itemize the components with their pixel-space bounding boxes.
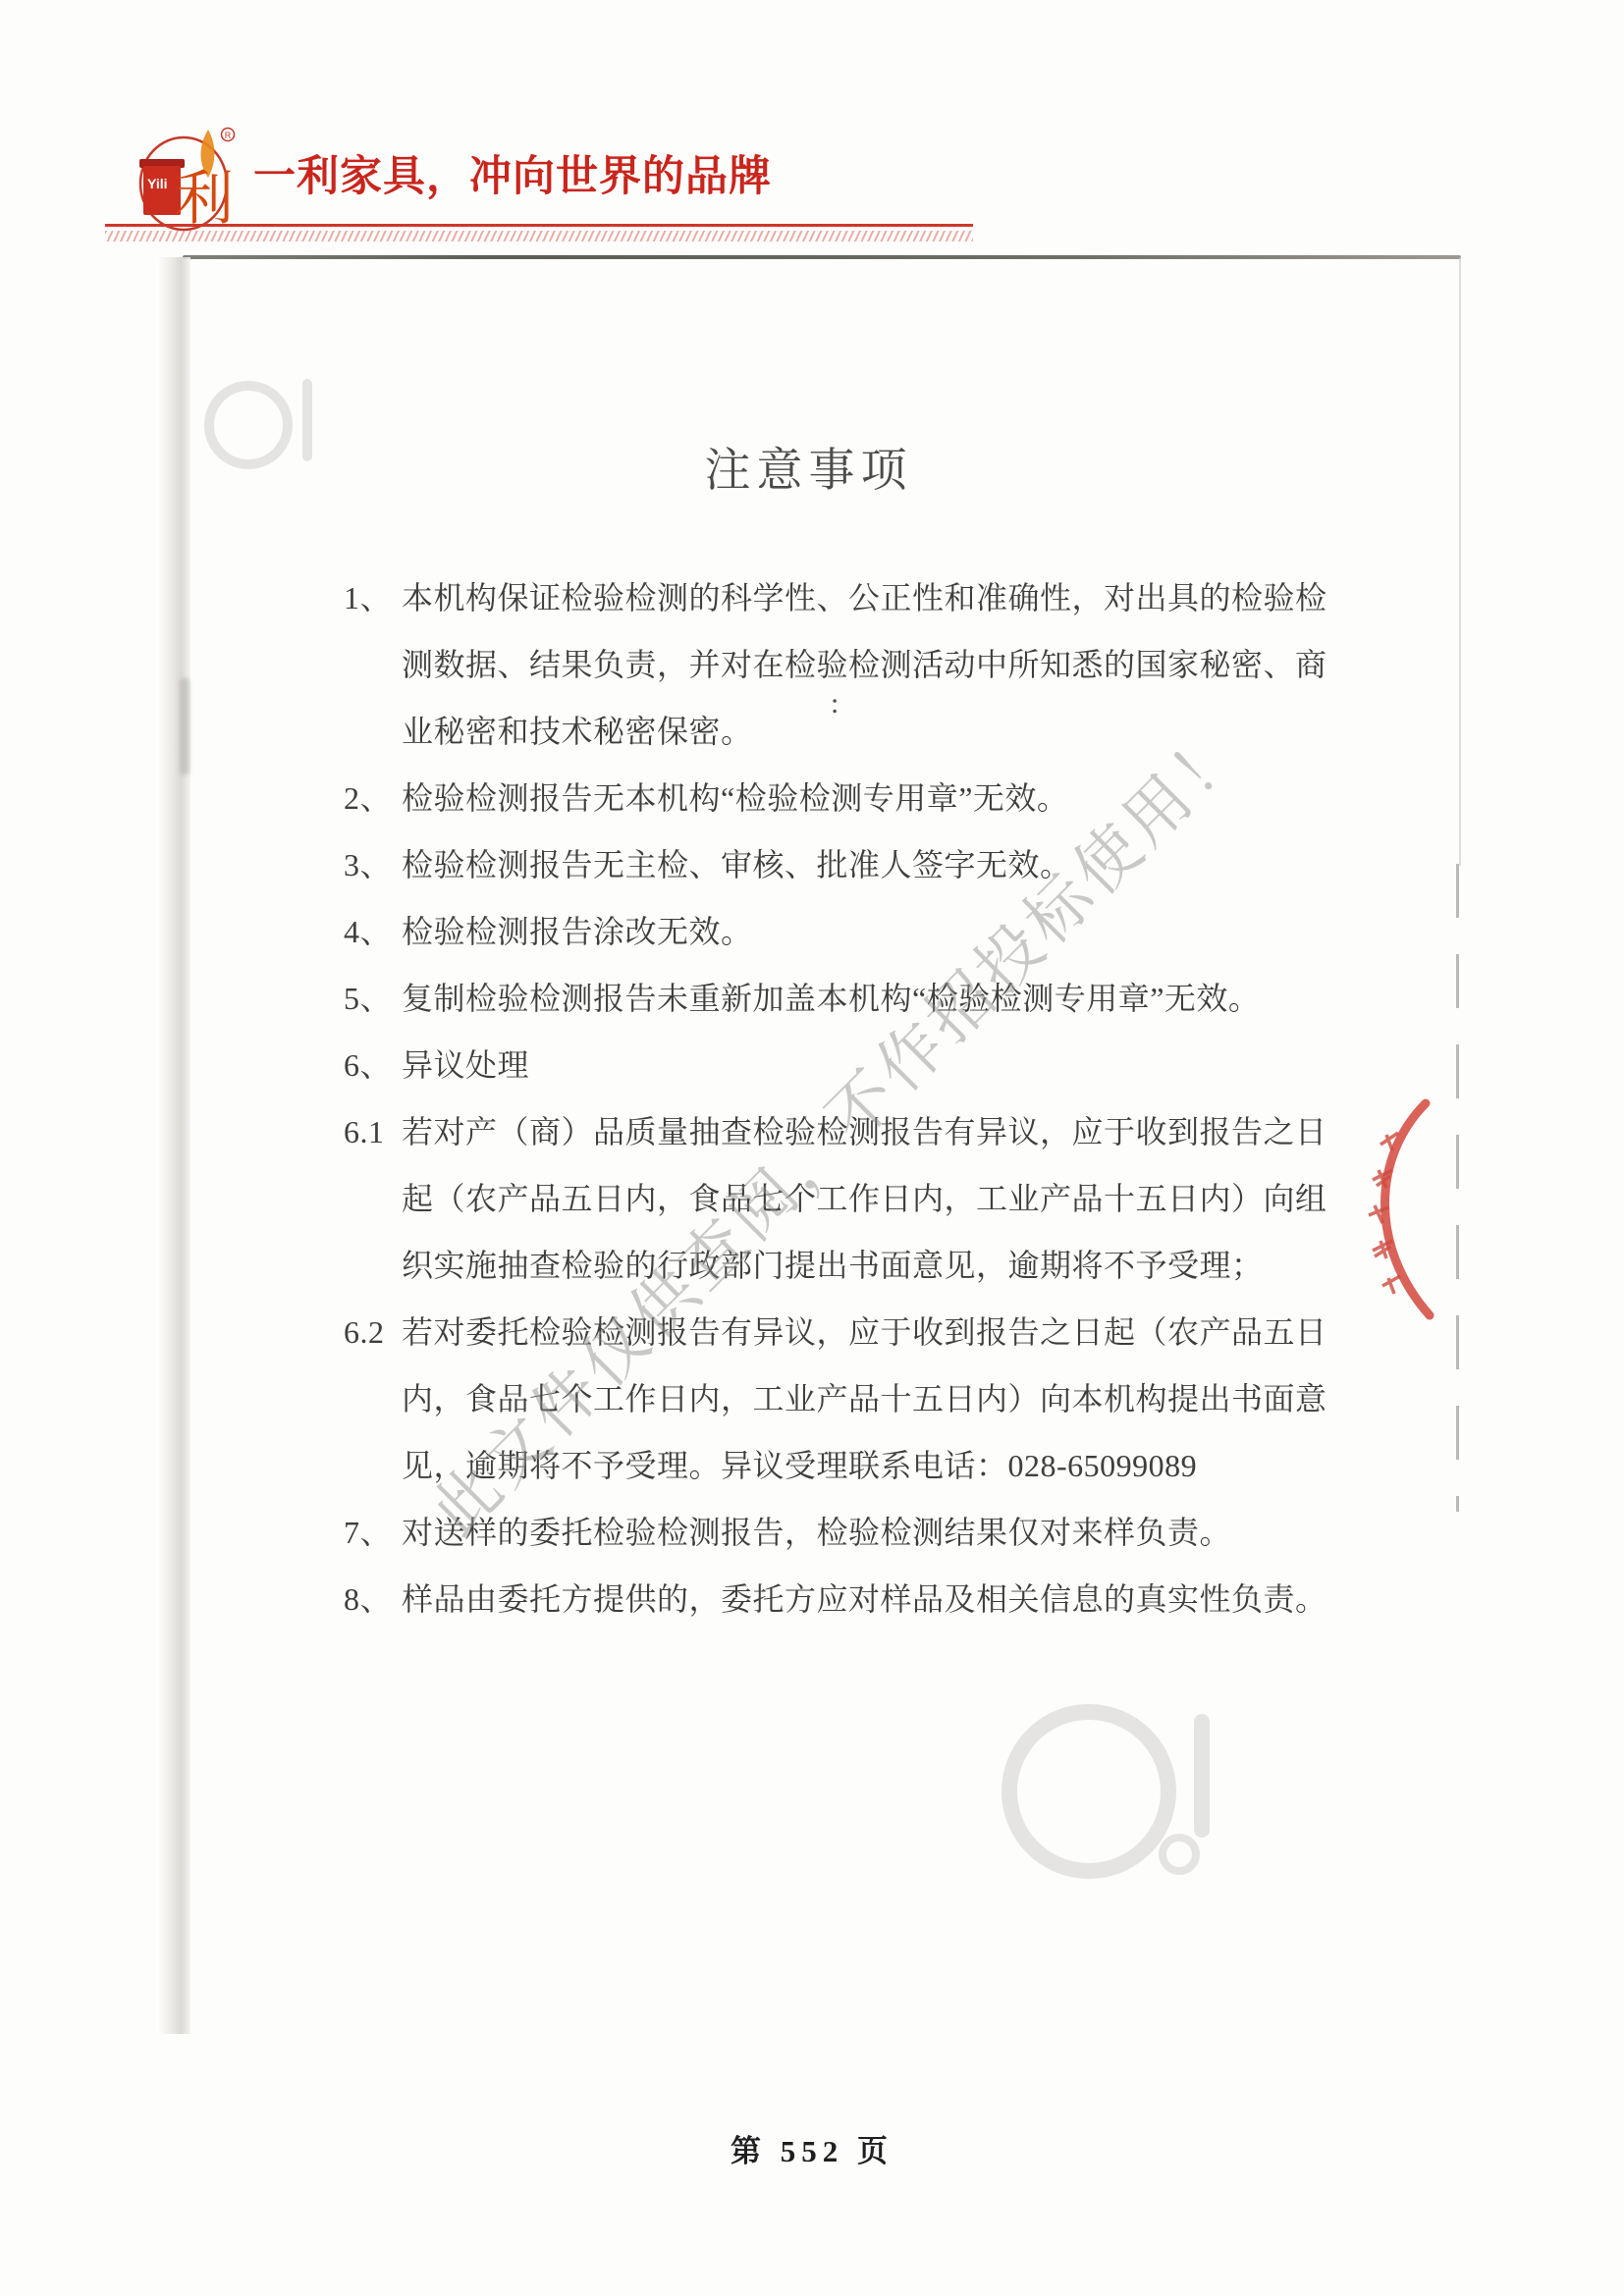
notice-line: 6.2若对委托检验检测报告有异议，应于收到报告之日起（农产品五日 xyxy=(344,1299,1335,1365)
notice-list: 1、本机构保证检验检测的科学性、公正性和准确性，对出具的检验检 测数据、结果负责… xyxy=(344,564,1335,1632)
notice-line: 内，食品七个工作日内，工业产品十五日内）向本机构提出书面意 xyxy=(344,1365,1335,1432)
scan-top-edge xyxy=(183,255,1461,259)
item-text: 对送样的委托检验检测报告，检验检测结果仅对来样负责。 xyxy=(402,1515,1231,1550)
page-number: 第 552 页 xyxy=(0,2126,1624,2170)
notice-line: 起（农产品五日内，食品七个工作日内，工业产品十五日内）向组 xyxy=(344,1165,1335,1232)
item-text: 检验检测报告涂改无效。 xyxy=(402,914,753,949)
item-number: 4、 xyxy=(344,898,402,965)
document-page: Yili 利 R 一利家具，冲向世界的品牌 注意事项 1、本机构保证检验检测的科… xyxy=(0,0,1624,2296)
item-text: 样品由委托方提供的，委托方应对样品及相关信息的真实性负责。 xyxy=(402,1581,1327,1617)
item-number: 1、 xyxy=(344,564,402,631)
official-seal-partial xyxy=(1347,1097,1463,1321)
item-text: 本机构保证检验检测的科学性、公正性和准确性，对出具的检验检 xyxy=(402,580,1327,615)
item-text: 检验检测报告无本机构“检验检测专用章”无效。 xyxy=(402,780,1068,816)
header-hatch-band xyxy=(105,231,973,241)
logo-text: Yili xyxy=(147,176,168,191)
notice-line: 7、对送样的委托检验检测报告，检验检测结果仅对来样负责。 xyxy=(344,1499,1335,1566)
scan-smudge xyxy=(180,677,189,775)
notice-line: 织实施抽查检验的行政部门提出书面意见，逾期将不予受理； xyxy=(344,1232,1335,1299)
notice-line: 8、样品由委托方提供的，委托方应对样品及相关信息的真实性负责。 xyxy=(344,1566,1335,1632)
notice-line: 2、检验检测报告无本机构“检验检测专用章”无效。 xyxy=(344,765,1335,831)
item-number: 7、 xyxy=(344,1499,402,1566)
scan-right-edge xyxy=(1459,257,1461,866)
scan-left-shadow xyxy=(157,257,190,2034)
item-number: 6、 xyxy=(344,1032,402,1098)
item-number: 6.1 xyxy=(344,1098,402,1165)
item-text: 若对产（商）品质量抽查检验检测报告有异议，应于收到报告之日 xyxy=(402,1114,1327,1149)
scan-stray-mark: : xyxy=(831,687,839,721)
item-text: 检验检测报告无主检、审核、批准人签字无效。 xyxy=(402,847,1072,882)
brand-slogan: 一利家具，冲向世界的品牌 xyxy=(253,143,772,203)
notice-line: 1、本机构保证检验检测的科学性、公正性和准确性，对出具的检验检 xyxy=(344,564,1335,631)
item-text: 复制检验检测报告未重新加盖本机构“检验检测专用章”无效。 xyxy=(402,981,1260,1016)
notice-line: 测数据、结果负责，并对在检验检测活动中所知悉的国家秘密、商 xyxy=(344,631,1335,698)
notice-line: 业秘密和技术秘密保密。 xyxy=(344,698,1335,765)
item-number: 5、 xyxy=(344,965,402,1032)
header-rule xyxy=(105,224,973,227)
item-number: 3、 xyxy=(344,831,402,898)
notice-line: 见，逾期将不予受理。异议受理联系电话：028-65099089 xyxy=(344,1432,1335,1499)
item-number: 6.2 xyxy=(344,1299,402,1365)
scan-artifact-bottom-right xyxy=(1001,1686,1237,1888)
notice-line: 4、检验检测报告涂改无效。 xyxy=(344,898,1335,965)
notice-line: 5、复制检验检测报告未重新加盖本机构“检验检测专用章”无效。 xyxy=(344,965,1335,1032)
item-text: 异议处理 xyxy=(402,1047,529,1083)
notice-line: 3、检验检测报告无主检、审核、批准人签字无效。 xyxy=(344,831,1335,898)
item-text: 若对委托检验检测报告有异议，应于收到报告之日起（农产品五日 xyxy=(402,1314,1327,1350)
item-number: 8、 xyxy=(344,1566,402,1632)
notice-line: 6、异议处理 xyxy=(344,1032,1335,1098)
notice-line: 6.1若对产（商）品质量抽查检验检测报告有异议，应于收到报告之日 xyxy=(344,1098,1335,1165)
item-number: 2、 xyxy=(344,765,402,831)
logo-character: 利 xyxy=(175,167,234,232)
company-logo: Yili 利 R xyxy=(137,126,241,236)
registered-mark-letter: R xyxy=(225,131,232,140)
page-title: 注意事项 xyxy=(157,434,1460,500)
